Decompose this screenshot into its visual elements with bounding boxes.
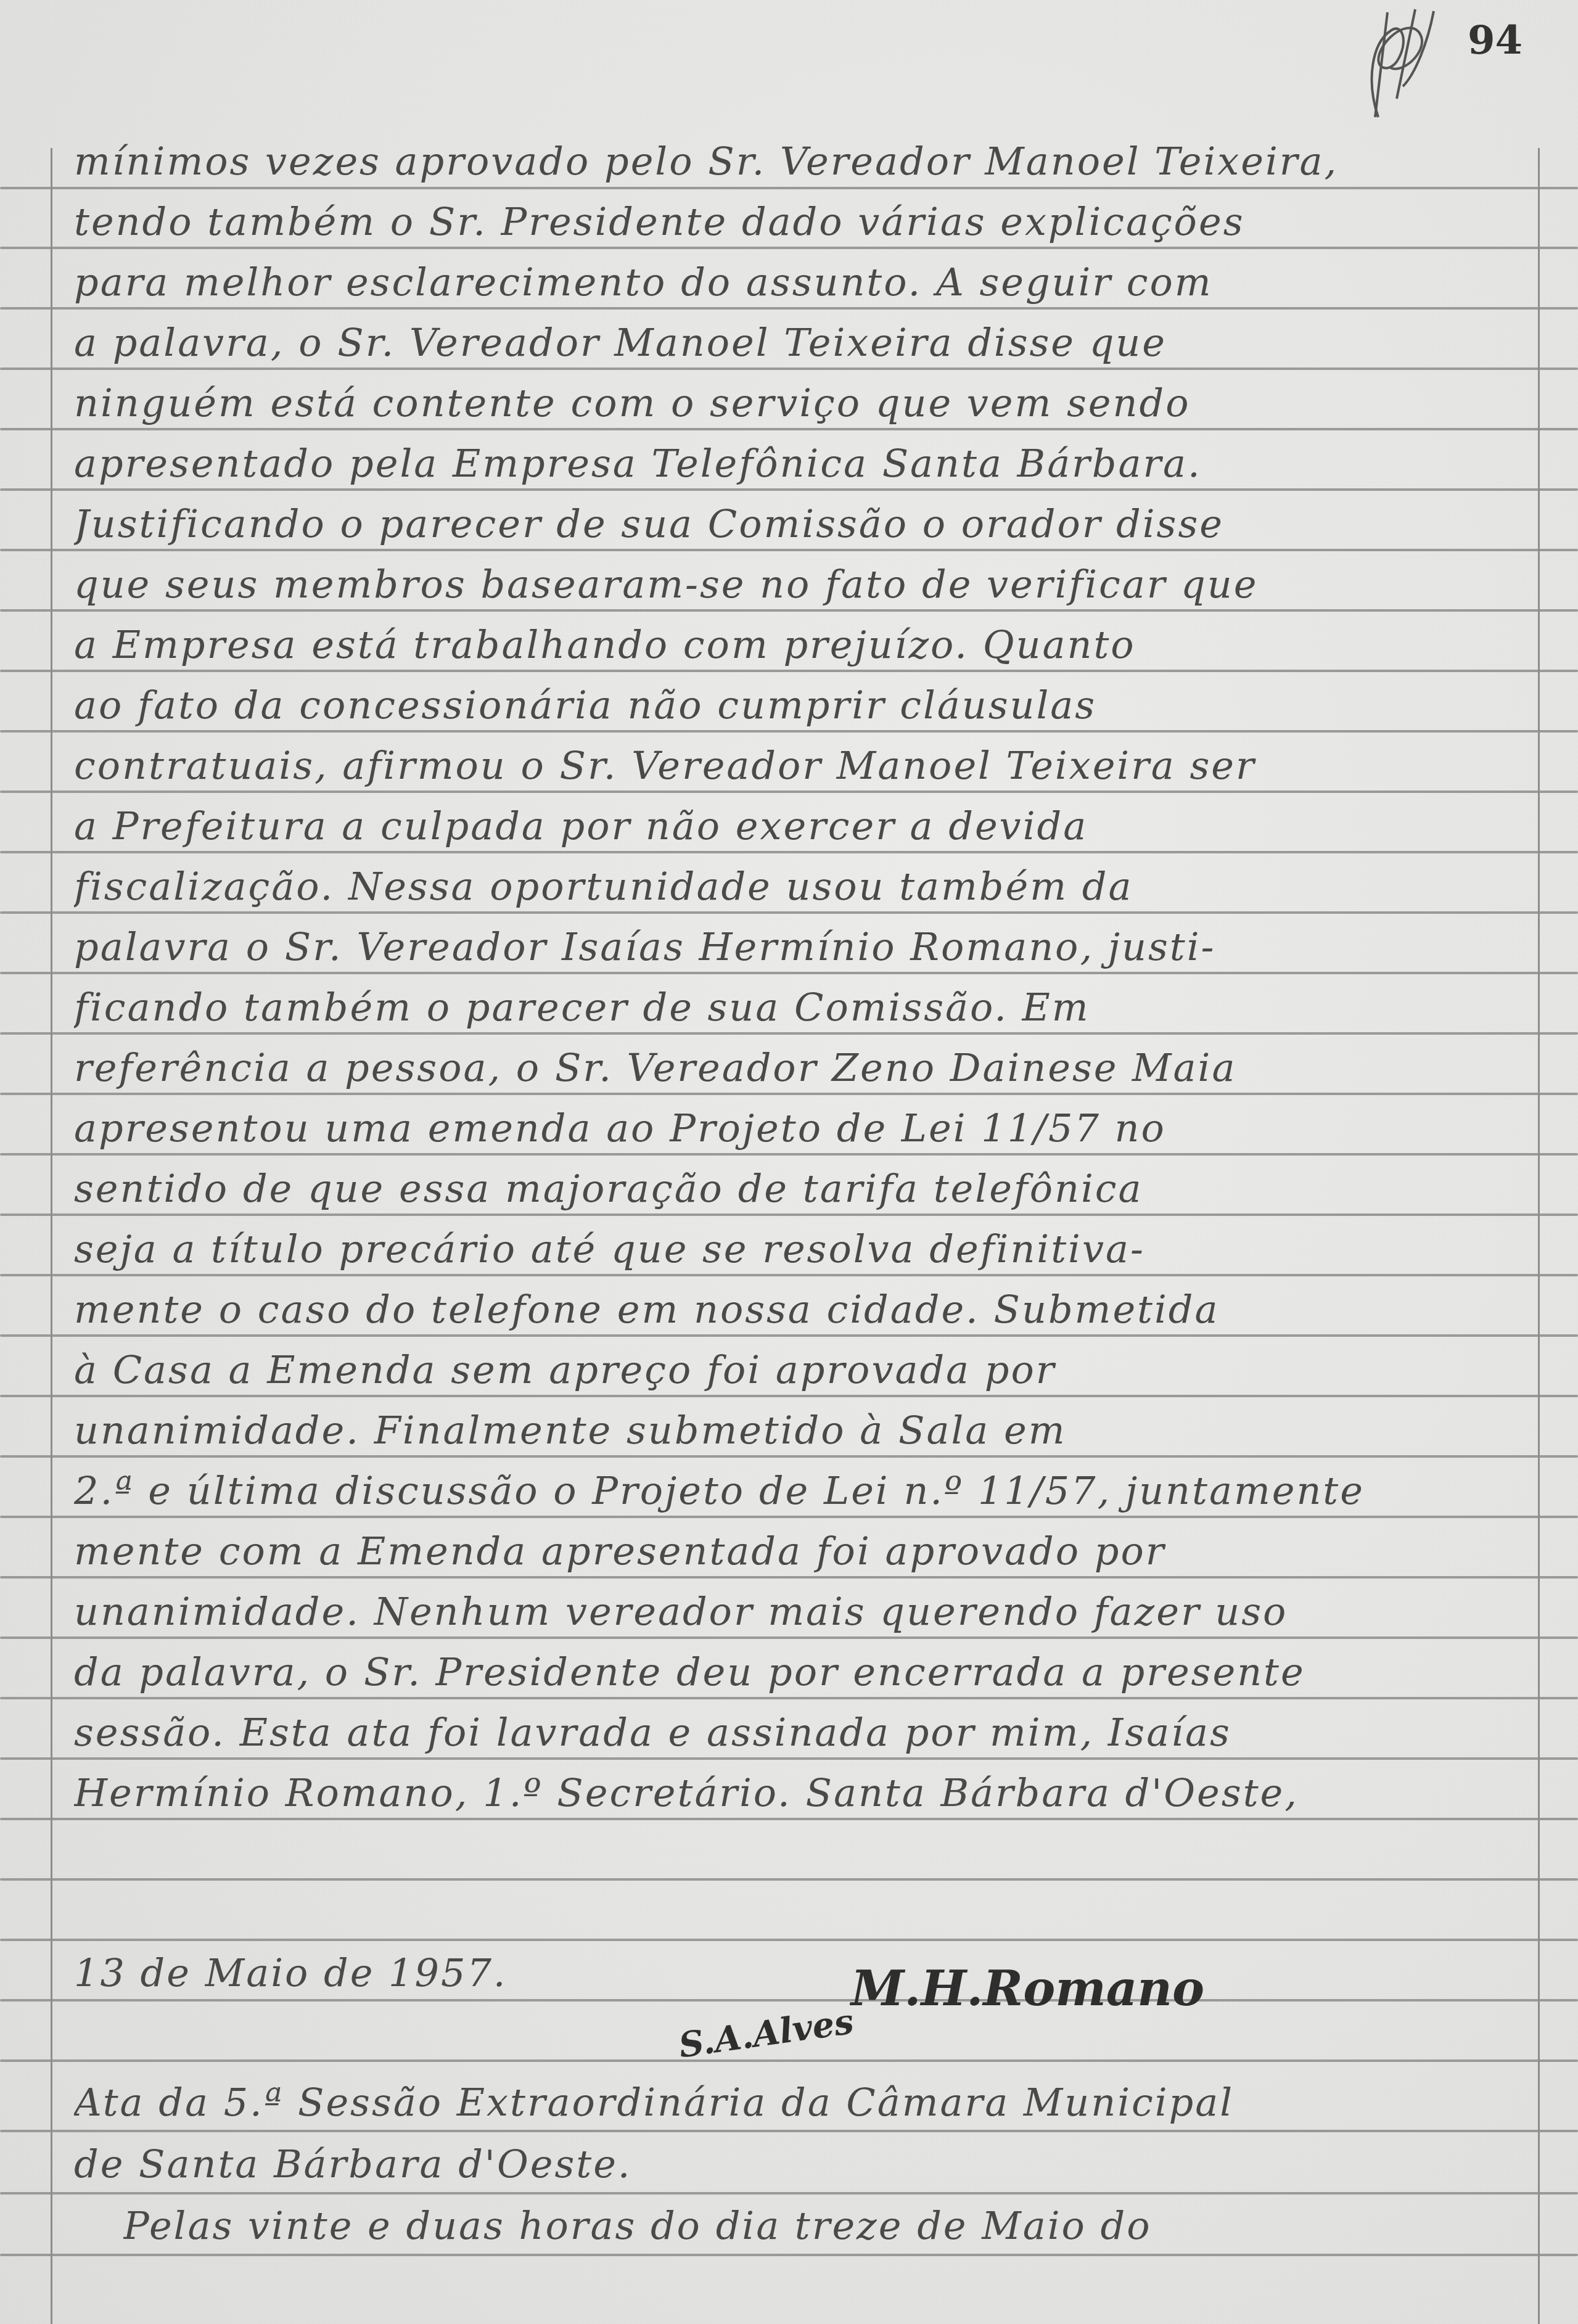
text-line: ao fato da concessionária não cumprir cl… xyxy=(74,681,1529,730)
ruled-line xyxy=(0,549,1578,551)
text-line: unanimidade. Nenhum vereador mais queren… xyxy=(74,1587,1529,1636)
ruled-line xyxy=(0,1032,1578,1035)
ruled-line xyxy=(0,488,1578,491)
text-line: unanimidade. Finalmente submetido à Sala… xyxy=(74,1406,1529,1455)
ruled-line xyxy=(0,2254,1578,2256)
ruled-line xyxy=(0,2130,1578,2132)
ruled-line xyxy=(0,2059,1578,2062)
ruled-line xyxy=(0,307,1578,310)
ruled-line xyxy=(0,1999,1578,2002)
text-line: ficando também o parecer de sua Comissão… xyxy=(74,983,1529,1032)
ruled-line xyxy=(0,730,1578,733)
text-line: Hermínio Romano, 1.º Secretário. Santa B… xyxy=(74,1768,1529,1818)
ruled-line xyxy=(0,1213,1578,1216)
right-margin-line xyxy=(1538,148,1540,2324)
text-line: apresentado pela Empresa Telefônica Sant… xyxy=(74,439,1529,488)
text-line: seja a título precário até que se resolv… xyxy=(74,1225,1529,1274)
text-line: tendo também o Sr. Presidente dado vária… xyxy=(74,197,1529,247)
ruled-line xyxy=(0,1878,1578,1881)
text-line: contratuais, afirmou o Sr. Vereador Mano… xyxy=(74,741,1529,790)
ruled-line xyxy=(0,972,1578,974)
ruled-line xyxy=(0,1153,1578,1156)
ruled-line xyxy=(0,1818,1578,1820)
ruled-line xyxy=(0,428,1578,430)
secretary-signature: M.H.Romano xyxy=(851,1961,1204,2017)
text-line: fiscalização. Nessa oportunidade usou ta… xyxy=(74,862,1529,911)
text-line: mente o caso do telefone em nossa cidade… xyxy=(74,1285,1529,1334)
ruled-line xyxy=(0,1636,1578,1639)
text-line: sentido de que essa majoração de tarifa … xyxy=(74,1164,1529,1213)
ruled-line xyxy=(0,1455,1578,1458)
ruled-line xyxy=(0,367,1578,370)
text-line: 2.ª e última discussão o Projeto de Lei … xyxy=(74,1466,1529,1516)
ruled-line xyxy=(0,1939,1578,1941)
ruled-line xyxy=(0,609,1578,612)
initials-rubric-icon xyxy=(1354,6,1440,123)
ruled-line xyxy=(0,1395,1578,1397)
left-margin-line xyxy=(51,148,52,2324)
text-line: da palavra, o Sr. Presidente deu por enc… xyxy=(74,1648,1529,1697)
ruled-line xyxy=(0,1516,1578,1518)
ruled-line xyxy=(0,1576,1578,1579)
next-session-title-cont: de Santa Bárbara d'Oeste. xyxy=(74,2140,1529,2189)
president-signature: S.A.Alves xyxy=(676,2001,857,2066)
text-line-date: 13 de Maio de 1957. xyxy=(74,1948,1529,1998)
text-line: mínimos vezes aprovado pelo Sr. Vereador… xyxy=(74,137,1529,186)
ruled-line xyxy=(0,187,1578,189)
text-line: palavra o Sr. Vereador Isaías Hermínio R… xyxy=(74,922,1529,972)
ruled-line xyxy=(0,911,1578,914)
text-line: referência a pessoa, o Sr. Vereador Zeno… xyxy=(74,1043,1529,1093)
text-line: mente com a Emenda apresentada foi aprov… xyxy=(74,1527,1529,1576)
next-session-opening: Pelas vinte e duas horas do dia treze de… xyxy=(123,2201,1578,2251)
text-line: ninguém está contente com o serviço que … xyxy=(74,379,1529,428)
text-line: a Prefeitura a culpada por não exercer a… xyxy=(74,802,1529,851)
ruled-line xyxy=(0,790,1578,793)
document-page: 94 mínimos vezes aprovado pelo Sr. Verea… xyxy=(0,0,1578,2324)
text-line: que seus membros basearam-se no fato de … xyxy=(74,560,1529,609)
text-line: sessão. Esta ata foi lavrada e assinada … xyxy=(74,1708,1529,1757)
ruled-line xyxy=(0,1093,1578,1095)
text-line: a palavra, o Sr. Vereador Manoel Teixeir… xyxy=(74,318,1529,367)
ruled-line xyxy=(0,2192,1578,2195)
ruled-line xyxy=(0,851,1578,853)
text-line: apresentou uma emenda ao Projeto de Lei … xyxy=(74,1104,1529,1153)
text-line: Justificando o parecer de sua Comissão o… xyxy=(74,499,1529,549)
text-line: à Casa a Emenda sem apreço foi aprovada … xyxy=(74,1345,1529,1395)
next-session-title: Ata da 5.ª Sessão Extraordinária da Câma… xyxy=(74,2078,1529,2127)
ruled-line xyxy=(0,1697,1578,1699)
text-line: para melhor esclarecimento do assunto. A… xyxy=(74,258,1529,307)
text-line: a Empresa está trabalhando com prejuízo.… xyxy=(74,620,1529,670)
ruled-line xyxy=(0,1334,1578,1337)
ruled-line xyxy=(0,1757,1578,1760)
ruled-line xyxy=(0,1274,1578,1276)
page-number: 94 xyxy=(1468,17,1523,64)
ruled-line xyxy=(0,247,1578,249)
ruled-line xyxy=(0,670,1578,672)
